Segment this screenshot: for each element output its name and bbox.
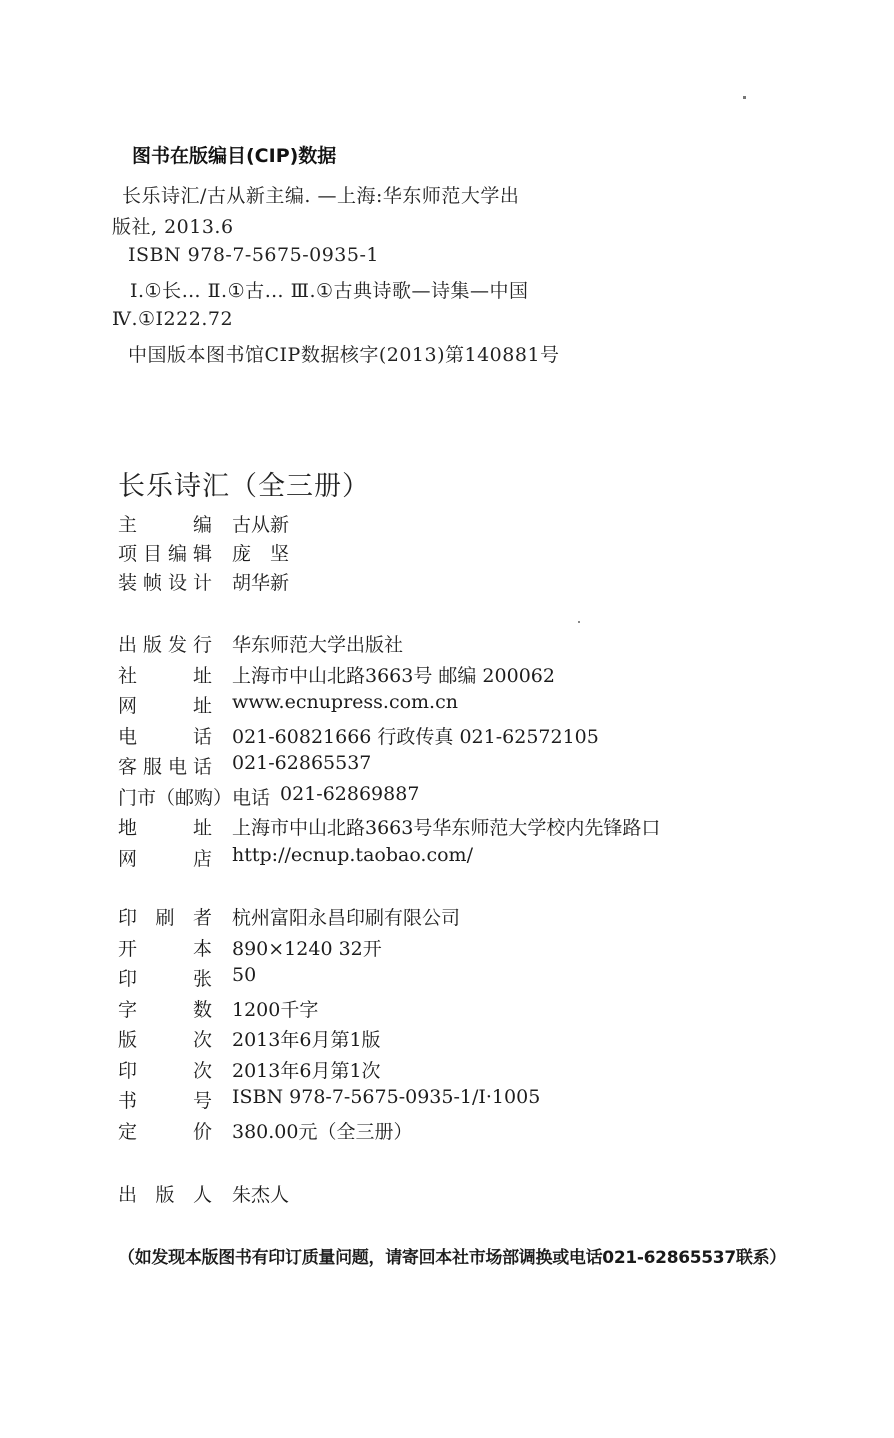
cip-line: 中国版本图书馆CIP数据核字(2013)第140881号 [128, 340, 560, 367]
field-label: 网店 [118, 844, 212, 871]
field-value: 380.00元（全三册） [232, 1117, 412, 1144]
field-label: 地址 [118, 813, 212, 840]
field-value: 庞 坚 [232, 539, 289, 566]
field-label: 项目编辑 [118, 539, 212, 566]
field-label: 书号 [118, 1086, 212, 1113]
field-value: 021-60821666 行政传真 021-62572105 [232, 722, 599, 749]
publisher-row: 客服电话021-62865537 [118, 752, 371, 779]
field-label: 印刷者 [118, 903, 212, 930]
issuer-row: 出版人朱杰人 [118, 1180, 289, 1207]
field-label: 门市（邮购）电话 [118, 783, 270, 810]
cip-line: ISBN 978-7-5675-0935-1 [128, 244, 379, 266]
field-value: http://ecnup.taobao.com/ [232, 844, 473, 871]
cip-line: Ⅳ.①I222.72 [112, 308, 233, 330]
field-value: 50 [232, 964, 256, 991]
field-label: 客服电话 [118, 752, 212, 779]
field-label: 印张 [118, 964, 212, 991]
publisher-row: 出版发行华东师范大学出版社 [118, 630, 403, 657]
credit-row: 项目编辑庞 坚 [118, 539, 289, 566]
field-label: 出版发行 [118, 630, 212, 657]
cip-title: 图书在版编目(CIP)数据 [132, 141, 336, 168]
field-label: 装帧设计 [118, 568, 212, 595]
quality-notice: （如发现本版图书有印订质量问题，请寄回本社市场部调换或电话021-6286553… [118, 1243, 786, 1268]
field-label: 社址 [118, 661, 212, 688]
publisher-row: 网店http://ecnup.taobao.com/ [118, 844, 473, 871]
field-value: 2013年6月第1次 [232, 1056, 381, 1083]
field-value: 朱杰人 [232, 1180, 289, 1207]
printing-row: 定价380.00元（全三册） [118, 1117, 412, 1144]
field-label: 电话 [118, 722, 212, 749]
field-value: 古从新 [232, 510, 289, 537]
field-value: 上海市中山北路3663号华东师范大学校内先锋路口 [232, 813, 660, 840]
scan-speck [578, 621, 580, 623]
printing-row: 开本890×1240 32开 [118, 934, 382, 961]
publisher-row: 网址www.ecnupress.com.cn [118, 691, 458, 718]
field-value: 上海市中山北路3663号 邮编 200062 [232, 661, 555, 688]
field-label: 开本 [118, 934, 212, 961]
field-value: 胡华新 [232, 568, 289, 595]
publisher-row: 门市（邮购）电话021-62869887 [118, 783, 419, 810]
printing-row: 印刷者杭州富阳永昌印刷有限公司 [118, 903, 460, 930]
field-value: 1200千字 [232, 995, 318, 1022]
field-value: www.ecnupress.com.cn [232, 691, 458, 718]
printing-row: 版次2013年6月第1版 [118, 1025, 381, 1052]
publisher-row: 电话021-60821666 行政传真 021-62572105 [118, 722, 599, 749]
book-title: 长乐诗汇（全三册） [118, 464, 370, 503]
publisher-row: 社址上海市中山北路3663号 邮编 200062 [118, 661, 555, 688]
field-label: 印次 [118, 1056, 212, 1083]
field-label: 出版人 [118, 1180, 212, 1207]
field-label: 主编 [118, 510, 212, 537]
field-value: ISBN 978-7-5675-0935-1/I·1005 [232, 1086, 540, 1113]
field-value: 021-62865537 [232, 752, 371, 779]
printing-row: 字数1200千字 [118, 995, 318, 1022]
field-value: 杭州富阳永昌印刷有限公司 [232, 903, 460, 930]
credit-row: 主编古从新 [118, 510, 289, 537]
cip-line: 版社, 2013.6 [112, 212, 234, 239]
field-label: 定价 [118, 1117, 212, 1144]
printing-row: 书号ISBN 978-7-5675-0935-1/I·1005 [118, 1086, 540, 1113]
cip-line: 长乐诗汇/古从新主编. —上海:华东师范大学出 [122, 181, 519, 208]
cip-line: Ⅰ.①长… Ⅱ.①古… Ⅲ.①古典诗歌—诗集—中国 [130, 276, 529, 303]
credit-row: 装帧设计胡华新 [118, 568, 289, 595]
printing-row: 印张50 [118, 964, 256, 991]
field-label: 版次 [118, 1025, 212, 1052]
field-label: 字数 [118, 995, 212, 1022]
field-value: 021-62869887 [280, 783, 419, 810]
printing-row: 印次2013年6月第1次 [118, 1056, 381, 1083]
publisher-row: 地址上海市中山北路3663号华东师范大学校内先锋路口 [118, 813, 660, 840]
field-value: 2013年6月第1版 [232, 1025, 381, 1052]
scan-speck [743, 96, 746, 99]
field-value: 890×1240 32开 [232, 934, 382, 961]
field-label: 网址 [118, 691, 212, 718]
field-value: 华东师范大学出版社 [232, 630, 403, 657]
